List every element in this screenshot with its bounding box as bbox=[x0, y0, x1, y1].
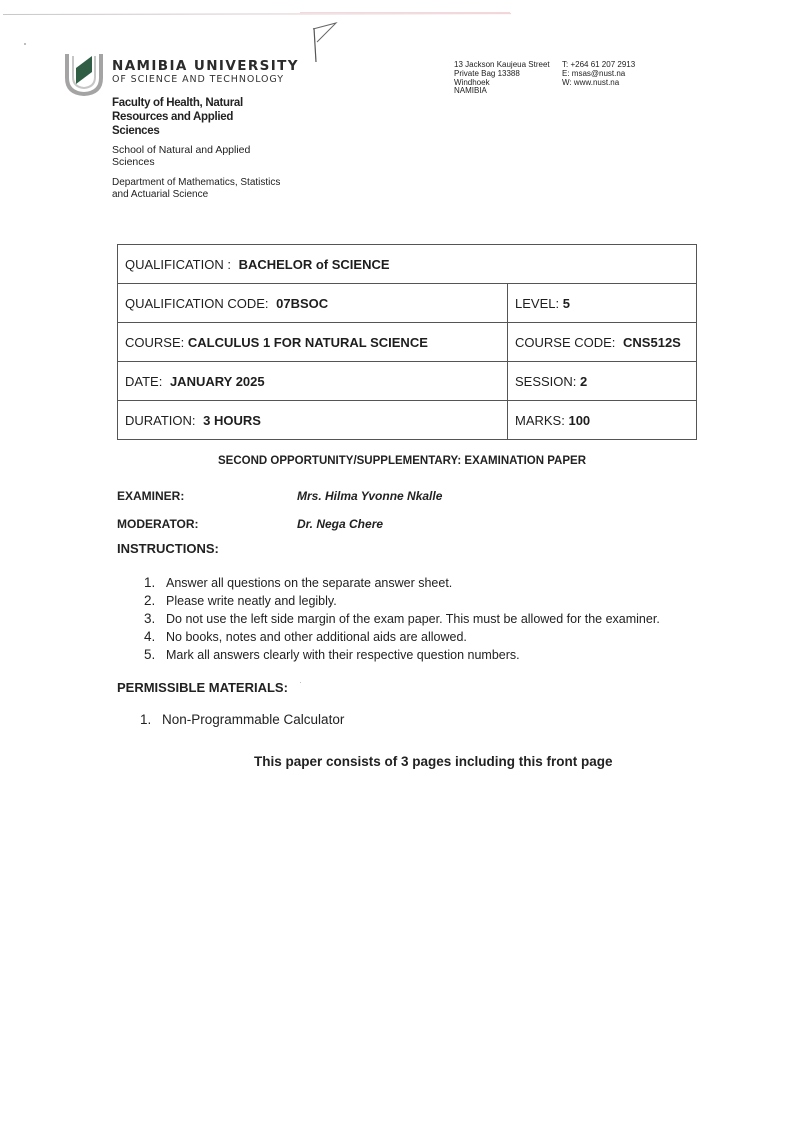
table-row: QUALIFICATION : BACHELOR of SCIENCE bbox=[118, 245, 697, 284]
faculty-name: Faculty of Health, Natural Resources and… bbox=[112, 96, 272, 138]
qualification-code-value: 07BSOC bbox=[276, 296, 328, 311]
instructions-list: 1.Answer all questions on the separate a… bbox=[144, 574, 660, 664]
handwritten-mark-icon bbox=[305, 20, 345, 65]
duration-cell: DURATION: 3 HOURS bbox=[118, 401, 508, 440]
item-text: No books, notes and other additional aid… bbox=[166, 630, 467, 644]
item-number: 1. bbox=[140, 712, 162, 727]
item-number: 2. bbox=[144, 592, 166, 609]
course-code-cell: COURSE CODE: CNS512S bbox=[508, 323, 697, 362]
item-number: 1. bbox=[144, 574, 166, 591]
qualification-value: BACHELOR of SCIENCE bbox=[239, 257, 390, 272]
university-subtitle: OF SCIENCE AND TECHNOLOGY bbox=[112, 74, 284, 85]
examiner-name: Mrs. Hilma Yvonne Nkalle bbox=[297, 489, 442, 503]
table-row: DATE: JANUARY 2025 SESSION: 2 bbox=[118, 362, 697, 401]
item-text: Please write neatly and legibly. bbox=[166, 594, 337, 608]
list-item: 5.Mark all answers clearly with their re… bbox=[144, 646, 660, 664]
qualification-code-cell: QUALIFICATION CODE: 07BSOC bbox=[118, 284, 508, 323]
duration-label: DURATION: bbox=[125, 413, 196, 428]
scan-speck bbox=[300, 682, 301, 683]
table-row: COURSE: CALCULUS 1 FOR NATURAL SCIENCE C… bbox=[118, 323, 697, 362]
address-line: NAMIBIA bbox=[454, 87, 550, 96]
contact-details: T: +264 61 207 2913 E: msas@nust.na W: w… bbox=[562, 61, 635, 87]
qualification-code-label: QUALIFICATION CODE: bbox=[125, 296, 269, 311]
course-code-value: CNS512S bbox=[623, 335, 681, 350]
qualification-label: QUALIFICATION : bbox=[125, 257, 231, 272]
level-label: LEVEL: bbox=[515, 296, 559, 311]
marks-value: 100 bbox=[568, 413, 590, 428]
moderator-name: Dr. Nega Chere bbox=[297, 517, 383, 531]
session-cell: SESSION: 2 bbox=[508, 362, 697, 401]
course-value: CALCULUS 1 FOR NATURAL SCIENCE bbox=[188, 335, 428, 350]
duration-value: 3 HOURS bbox=[203, 413, 261, 428]
department-name: Department of Mathematics, Statistics an… bbox=[112, 177, 282, 200]
instructions-heading: INSTRUCTIONS: bbox=[117, 541, 219, 556]
exam-info-table: QUALIFICATION : BACHELOR of SCIENCE QUAL… bbox=[117, 244, 697, 440]
level-cell: LEVEL: 5 bbox=[508, 284, 697, 323]
session-label: SESSION: bbox=[515, 374, 576, 389]
course-label: COURSE: bbox=[125, 335, 184, 350]
scan-speck bbox=[24, 43, 26, 45]
contact-website: W: www.nust.na bbox=[562, 79, 635, 88]
session-value: 2 bbox=[580, 374, 587, 389]
item-text: Non-Programmable Calculator bbox=[162, 712, 344, 727]
list-item: 3.Do not use the left side margin of the… bbox=[144, 610, 660, 628]
course-code-label: COURSE CODE: bbox=[515, 335, 615, 350]
permissible-materials-heading: PERMISSIBLE MATERIALS: bbox=[117, 680, 288, 695]
level-value: 5 bbox=[563, 296, 570, 311]
postal-address: 13 Jackson Kaujeua Street Private Bag 13… bbox=[454, 61, 550, 96]
date-value: JANUARY 2025 bbox=[170, 374, 265, 389]
page-count-note: This paper consists of 3 pages including… bbox=[254, 754, 613, 769]
table-row: QUALIFICATION CODE: 07BSOC LEVEL: 5 bbox=[118, 284, 697, 323]
course-cell: COURSE: CALCULUS 1 FOR NATURAL SCIENCE bbox=[118, 323, 508, 362]
scan-top-rule bbox=[3, 13, 511, 15]
item-text: Do not use the left side margin of the e… bbox=[166, 612, 660, 626]
item-number: 4. bbox=[144, 628, 166, 645]
list-item: 4.No books, notes and other additional a… bbox=[144, 628, 660, 646]
list-item: 2.Please write neatly and legibly. bbox=[144, 592, 660, 610]
university-name: NAMIBIA UNIVERSITY bbox=[112, 58, 299, 74]
date-label: DATE: bbox=[125, 374, 162, 389]
marks-cell: MARKS: 100 bbox=[508, 401, 697, 440]
school-name: School of Natural and Applied Sciences bbox=[112, 145, 272, 168]
list-item: 1.Non-Programmable Calculator bbox=[140, 712, 344, 727]
item-text: Answer all questions on the separate ans… bbox=[166, 576, 452, 590]
table-row: DURATION: 3 HOURS MARKS: 100 bbox=[118, 401, 697, 440]
date-cell: DATE: JANUARY 2025 bbox=[118, 362, 508, 401]
list-item: 1.Answer all questions on the separate a… bbox=[144, 574, 660, 592]
item-text: Mark all answers clearly with their resp… bbox=[166, 648, 520, 662]
item-number: 5. bbox=[144, 646, 166, 663]
exam-type-text: SECOND OPPORTUNITY/SUPPLEMENTARY: EXAMIN… bbox=[218, 455, 586, 467]
university-logo-icon bbox=[64, 50, 104, 96]
examiner-label: EXAMINER: bbox=[117, 489, 184, 503]
moderator-label: MODERATOR: bbox=[117, 517, 199, 531]
qualification-cell: QUALIFICATION : BACHELOR of SCIENCE bbox=[118, 245, 697, 284]
scan-top-rule-tint bbox=[300, 12, 510, 13]
marks-label: MARKS: bbox=[515, 413, 565, 428]
item-number: 3. bbox=[144, 610, 166, 627]
exam-type-heading: SECOND OPPORTUNITY/SUPPLEMENTARY: EXAMIN… bbox=[0, 455, 794, 467]
